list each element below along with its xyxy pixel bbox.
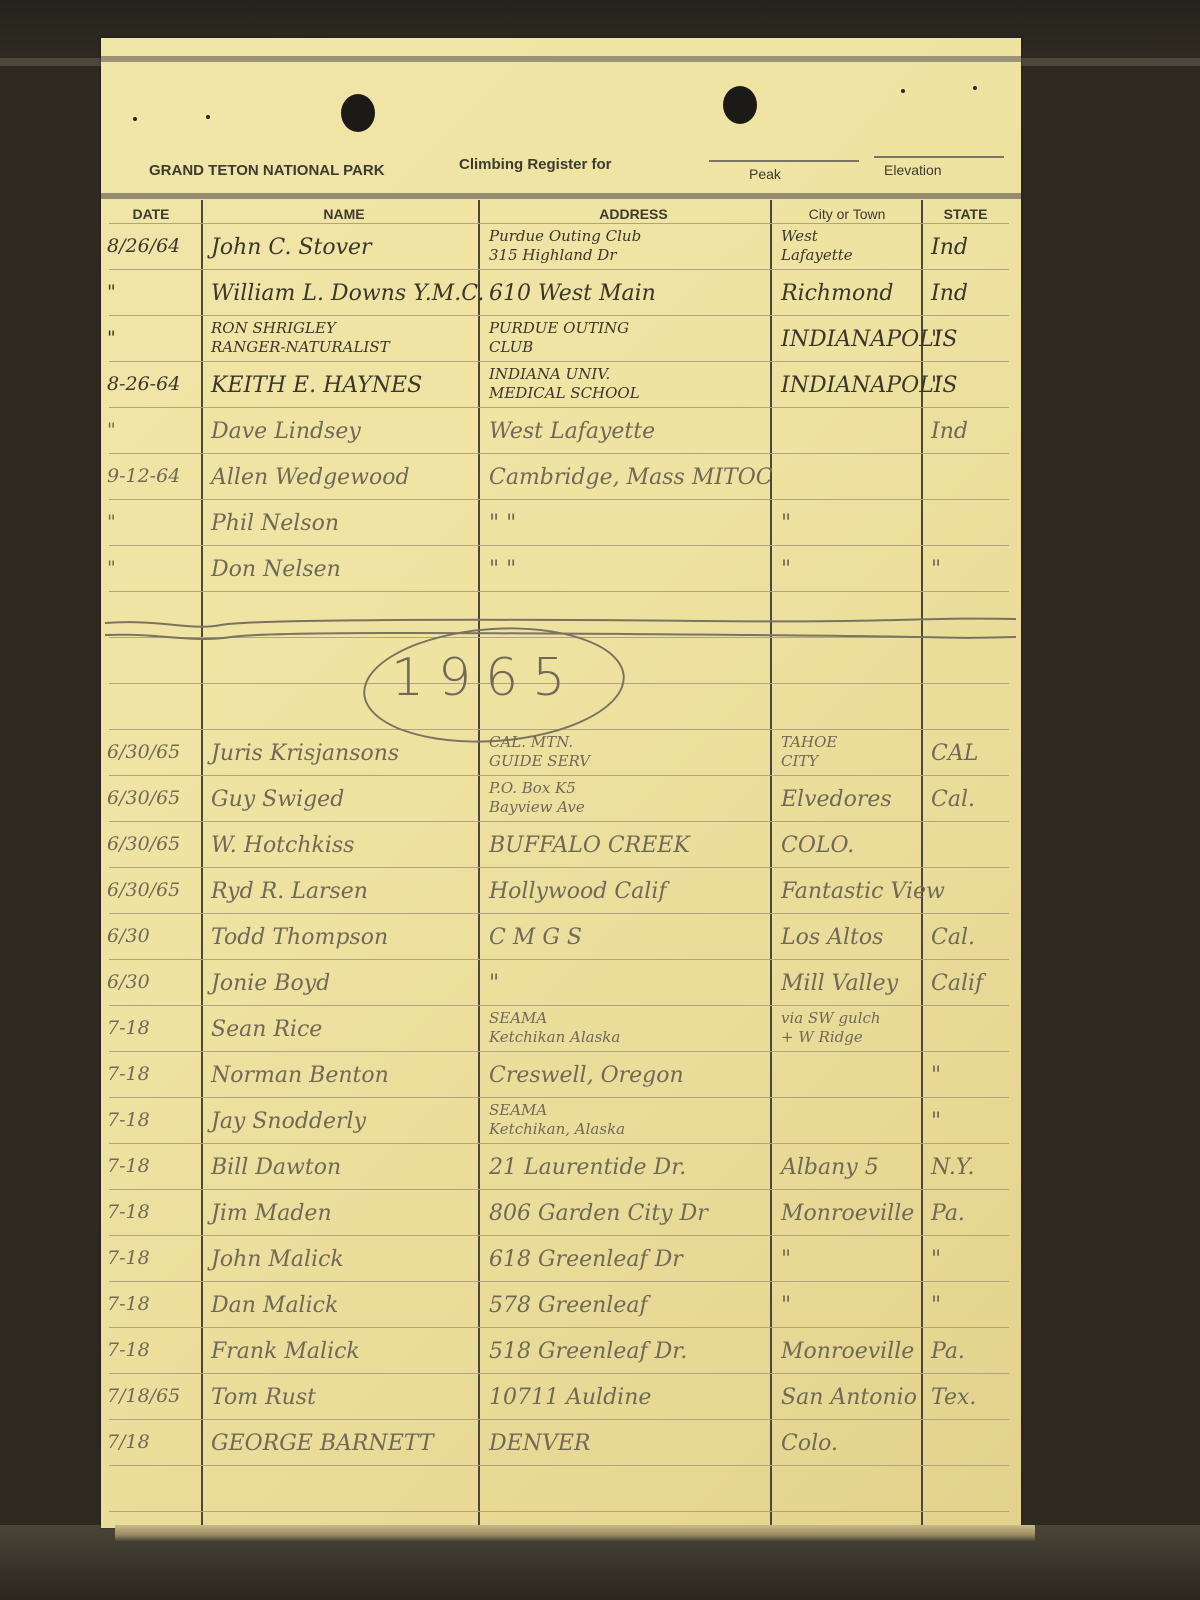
entry-name: William L. Downs Y.M.C. bbox=[211, 281, 481, 306]
register-row: 6/30Jonie Boyd"Mill ValleyCalif bbox=[101, 959, 1021, 1005]
entry-name: Dave Lindsey bbox=[211, 419, 481, 444]
entry-name: Jay Snodderly bbox=[211, 1109, 481, 1134]
sheet-bottom-edge bbox=[115, 1525, 1035, 1541]
entry-name: Guy Swiged bbox=[211, 787, 481, 812]
entry-state: " bbox=[931, 1293, 1011, 1318]
column-header-name: NAME bbox=[209, 206, 479, 222]
entry-name: RON SHRIGLEY RANGER-NATURALIST bbox=[211, 319, 481, 357]
entry-city: TAHOE CITY bbox=[781, 733, 926, 771]
register-row: 6/30/65Juris KrisjansonsCAL. MTN. GUIDE … bbox=[101, 729, 1021, 775]
punch-hole bbox=[341, 94, 375, 132]
entry-city: Colo. bbox=[781, 1431, 926, 1456]
entry-city: COLO. bbox=[781, 833, 926, 858]
entry-date: 6/30 bbox=[107, 925, 199, 947]
entry-date: 6/30/65 bbox=[107, 879, 199, 901]
entry-city: via SW gulch + W Ridge bbox=[781, 1009, 926, 1047]
park-title: GRAND TETON NATIONAL PARK bbox=[149, 162, 385, 179]
entry-city: " bbox=[781, 511, 926, 536]
entry-city: Los Altos bbox=[781, 925, 926, 950]
entry-city: Elvedores bbox=[781, 787, 926, 812]
entry-state: " bbox=[931, 557, 1011, 582]
register-row: "Phil Nelson" "" bbox=[101, 499, 1021, 545]
ruled-line bbox=[109, 591, 1009, 592]
register-row: 7-18John Malick618 Greenleaf Dr"" bbox=[101, 1235, 1021, 1281]
ruled-line bbox=[109, 1511, 1009, 1512]
entry-city: Monroeville bbox=[781, 1201, 926, 1226]
entry-state: N.Y. bbox=[931, 1155, 1011, 1180]
elevation-blank bbox=[874, 156, 1004, 158]
entry-address: PURDUE OUTING CLUB bbox=[489, 319, 774, 357]
pin-dot bbox=[206, 115, 210, 119]
entry-date: 7-18 bbox=[107, 1017, 199, 1039]
entry-date: 9-12-64 bbox=[107, 465, 199, 487]
register-row: 7-18Bill Dawton21 Laurentide Dr.Albany 5… bbox=[101, 1143, 1021, 1189]
entry-state: Cal. bbox=[931, 787, 1011, 812]
register-row: 7-18Norman BentonCreswell, Oregon" bbox=[101, 1051, 1021, 1097]
entry-state: " bbox=[931, 1109, 1011, 1134]
register-row: 6/30/65W. HotchkissBUFFALO CREEKCOLO. bbox=[101, 821, 1021, 867]
entry-date: 7-18 bbox=[107, 1155, 199, 1177]
register-row: 6/30/65Guy SwigedP.O. Box K5 Bayview Ave… bbox=[101, 775, 1021, 821]
entry-state: Tex. bbox=[931, 1385, 1011, 1410]
register-row: "RON SHRIGLEY RANGER-NATURALISTPURDUE OU… bbox=[101, 315, 1021, 361]
register-row: "Dave LindseyWest LafayetteInd bbox=[101, 407, 1021, 453]
column-header-address: ADDRESS bbox=[486, 206, 781, 222]
register-row: 7-18Jay SnodderlySEAMA Ketchikan, Alaska… bbox=[101, 1097, 1021, 1143]
pin-dot bbox=[901, 89, 905, 93]
entry-address: " " bbox=[489, 511, 774, 536]
entry-date: 7-18 bbox=[107, 1247, 199, 1269]
entry-name: John C. Stover bbox=[211, 235, 481, 260]
entry-state: CAL bbox=[931, 741, 1011, 766]
register-row: 7/18GEORGE BARNETTDENVERColo. bbox=[101, 1419, 1021, 1465]
peak-label: Peak bbox=[749, 166, 781, 182]
entry-name: John Malick bbox=[211, 1247, 481, 1272]
entry-state: Ind bbox=[931, 235, 1011, 260]
entry-name: Allen Wedgewood bbox=[211, 465, 481, 490]
entry-name: Todd Thompson bbox=[211, 925, 481, 950]
section-year: 1965 bbox=[391, 648, 579, 708]
entry-address: Hollywood Calif bbox=[489, 879, 774, 904]
entry-address: West Lafayette bbox=[489, 419, 774, 444]
entry-date: 7-18 bbox=[107, 1293, 199, 1315]
elevation-label: Elevation bbox=[884, 162, 942, 178]
entry-address: 610 West Main bbox=[489, 281, 774, 306]
entry-date: " bbox=[107, 511, 199, 533]
entry-state: Ind bbox=[931, 281, 1011, 306]
entry-date: 6/30 bbox=[107, 971, 199, 993]
entry-date: 7-18 bbox=[107, 1339, 199, 1361]
column-header-state: STATE bbox=[923, 206, 1008, 222]
entry-state: Cal. bbox=[931, 925, 1011, 950]
entry-address: " bbox=[489, 971, 774, 996]
entry-date: 7-18 bbox=[107, 1201, 199, 1223]
entry-name: Phil Nelson bbox=[211, 511, 481, 536]
entry-date: 7/18/65 bbox=[107, 1385, 199, 1407]
entry-state: Pa. bbox=[931, 1201, 1011, 1226]
entry-address: Creswell, Oregon bbox=[489, 1063, 774, 1088]
entry-city: " bbox=[781, 1293, 926, 1318]
entry-name: Juris Krisjansons bbox=[211, 741, 481, 766]
register-row: "William L. Downs Y.M.C.610 West MainRic… bbox=[101, 269, 1021, 315]
entry-date: " bbox=[107, 419, 199, 441]
entry-city: INDIANAPOLIS bbox=[781, 327, 926, 352]
register-row: 6/30/65Ryd R. LarsenHollywood CalifFanta… bbox=[101, 867, 1021, 913]
entry-address: INDIANA UNIV. MEDICAL SCHOOL bbox=[489, 365, 774, 403]
register-row: 7-18Jim Maden806 Garden City DrMonroevil… bbox=[101, 1189, 1021, 1235]
entry-name: Ryd R. Larsen bbox=[211, 879, 481, 904]
entry-city: West Lafayette bbox=[781, 227, 926, 265]
entry-date: 7/18 bbox=[107, 1431, 199, 1453]
register-row: 7-18Sean RiceSEAMA Ketchikan Alaskavia S… bbox=[101, 1005, 1021, 1051]
entry-date: 6/30/65 bbox=[107, 833, 199, 855]
entry-address: CAL. MTN. GUIDE SERV bbox=[489, 733, 774, 771]
entry-date: 8/26/64 bbox=[107, 235, 199, 257]
peak-blank bbox=[709, 160, 859, 162]
pin-dot bbox=[973, 86, 977, 90]
entry-address: BUFFALO CREEK bbox=[489, 833, 774, 858]
entry-address: 618 Greenleaf Dr bbox=[489, 1247, 774, 1272]
entry-address: 518 Greenleaf Dr. bbox=[489, 1339, 774, 1364]
entry-name: Frank Malick bbox=[211, 1339, 481, 1364]
pin-dot bbox=[133, 117, 137, 121]
entry-name: Bill Dawton bbox=[211, 1155, 481, 1180]
entry-name: Jim Maden bbox=[211, 1201, 481, 1226]
entry-state: Ind bbox=[931, 419, 1011, 444]
entry-state: " bbox=[931, 373, 1011, 398]
entry-city: INDIANAPOLIS bbox=[781, 373, 926, 398]
entry-name: Sean Rice bbox=[211, 1017, 481, 1042]
entry-address: P.O. Box K5 Bayview Ave bbox=[489, 779, 774, 817]
entry-name: GEORGE BARNETT bbox=[211, 1431, 481, 1456]
entry-state: Pa. bbox=[931, 1339, 1011, 1364]
entry-name: Jonie Boyd bbox=[211, 971, 481, 996]
register-row: "Don Nelsen" """ bbox=[101, 545, 1021, 591]
entry-city: " bbox=[781, 1247, 926, 1272]
entry-city: Monroeville bbox=[781, 1339, 926, 1364]
entry-city: " bbox=[781, 557, 926, 582]
ruled-line bbox=[109, 1465, 1009, 1466]
entry-date: 6/30/65 bbox=[107, 741, 199, 763]
entry-state: Calif bbox=[931, 971, 1011, 996]
entry-address: Cambridge, Mass MITOC bbox=[489, 465, 774, 490]
entry-date: " bbox=[107, 327, 199, 349]
top-border-band bbox=[101, 56, 1021, 62]
register-label: Climbing Register for bbox=[459, 156, 612, 173]
entry-address: 21 Laurentide Dr. bbox=[489, 1155, 774, 1180]
entry-address: 10711 Auldine bbox=[489, 1385, 774, 1410]
entry-city: Richmond bbox=[781, 281, 926, 306]
entry-address: 578 Greenleaf bbox=[489, 1293, 774, 1318]
entry-state: " bbox=[931, 1063, 1011, 1088]
entry-address: C M G S bbox=[489, 925, 774, 950]
register-row: 7/18/65Tom Rust10711 AuldineSan AntonioT… bbox=[101, 1373, 1021, 1419]
column-header-city: City or Town bbox=[773, 206, 921, 222]
register-row: 7-18Frank Malick518 Greenleaf Dr.Monroev… bbox=[101, 1327, 1021, 1373]
register-row: 8-26-64KEITH E. HAYNESINDIANA UNIV. MEDI… bbox=[101, 361, 1021, 407]
entry-date: " bbox=[107, 557, 199, 579]
entry-address: Purdue Outing Club 315 Highland Dr bbox=[489, 227, 774, 265]
entry-date: " bbox=[107, 281, 199, 303]
entry-state: " bbox=[931, 327, 1011, 352]
entry-address: " " bbox=[489, 557, 774, 582]
entry-city: Albany 5 bbox=[781, 1155, 926, 1180]
column-header-date: DATE bbox=[111, 206, 191, 222]
entry-address: SEAMA Ketchikan Alaska bbox=[489, 1009, 774, 1047]
entry-date: 8-26-64 bbox=[107, 373, 199, 395]
entry-date: 7-18 bbox=[107, 1109, 199, 1131]
entry-address: SEAMA Ketchikan, Alaska bbox=[489, 1101, 774, 1139]
register-row: 9-12-64Allen WedgewoodCambridge, Mass MI… bbox=[101, 453, 1021, 499]
entry-address: 806 Garden City Dr bbox=[489, 1201, 774, 1226]
entry-name: KEITH E. HAYNES bbox=[211, 373, 481, 398]
entry-name: Tom Rust bbox=[211, 1385, 481, 1410]
entry-date: 6/30/65 bbox=[107, 787, 199, 809]
punch-hole bbox=[723, 86, 757, 124]
entry-state: " bbox=[931, 1247, 1011, 1272]
register-row: 7-18Dan Malick578 Greenleaf"" bbox=[101, 1281, 1021, 1327]
table-top-rule bbox=[101, 193, 1021, 199]
climbing-register-sheet: GRAND TETON NATIONAL PARK Climbing Regis… bbox=[101, 38, 1021, 1528]
entry-name: W. Hotchkiss bbox=[211, 833, 481, 858]
register-row: 8/26/64John C. StoverPurdue Outing Club … bbox=[101, 223, 1021, 269]
entry-city: Mill Valley bbox=[781, 971, 926, 996]
entry-name: Norman Benton bbox=[211, 1063, 481, 1088]
entry-name: Dan Malick bbox=[211, 1293, 481, 1318]
entry-address: DENVER bbox=[489, 1431, 774, 1456]
register-row: 6/30Todd ThompsonC M G SLos AltosCal. bbox=[101, 913, 1021, 959]
entry-city: San Antonio bbox=[781, 1385, 926, 1410]
entry-date: 7-18 bbox=[107, 1063, 199, 1085]
entry-name: Don Nelsen bbox=[211, 557, 481, 582]
entry-city: Fantastic View bbox=[781, 879, 926, 904]
